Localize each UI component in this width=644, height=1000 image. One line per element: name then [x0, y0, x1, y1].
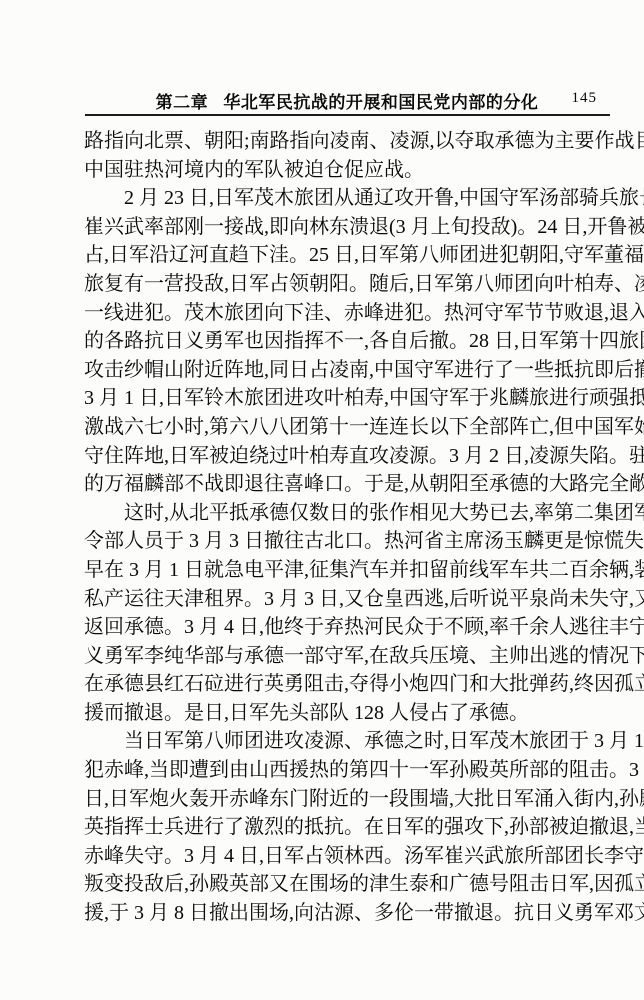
text-line: 的万福麟部不战即退往喜峰口。于是,从朝阳至承德的大路完全敞开。	[84, 470, 609, 499]
page-body: 路指向北票、朝阳;南路指向凌南、凌源,以夺取承德为主要作战目标。 中国驻热河境内…	[84, 127, 609, 928]
text-line: 守住阵地,日军被迫绕过叶柏寿直攻凌源。3 月 2 日,凌源失陷。驻平泉	[84, 442, 609, 471]
text-line: 早在 3 月 1 日就急电平津,征集汽车并扣留前线军车共二百余辆,装载	[84, 556, 609, 585]
page-number: 145	[572, 90, 598, 107]
text-line: 激战六七小时,第六八八团第十一连连长以下全部阵亡,但中国军始终	[84, 413, 609, 442]
text-line: 在承德县红石砬进行英勇阻击,夺得小炮四门和大批弹药,终因孤立无	[84, 670, 609, 699]
text-line: 一线进犯。茂木旅团向下洼、赤峰进犯。热河守军节节败退,退入热河	[84, 299, 609, 328]
text-line: 这时,从北平抵承德仅数日的张作相见大势已去,率第二集团军司	[84, 499, 609, 528]
text-line: 当日军第八师团进攻凌源、承德之时,日军茂木旅团于 3 月 1 日进	[84, 727, 609, 756]
text-line: 犯赤峰,当即遭到由山西援热的第四十一军孙殿英所部的阻击。3 月 2	[84, 756, 609, 785]
chapter-label: 第二章	[156, 93, 209, 112]
chapter-title: 华北军民抗战的开展和国民党内部的分化	[223, 93, 538, 112]
text-line: 英指挥士兵进行了激烈的抵抗。在日军的强攻下,孙部被迫撤退,当天	[84, 813, 609, 842]
scanned-book-page: 第二章华北军民抗战的开展和国民党内部的分化 145 路指向北票、朝阳;南路指向凌…	[0, 0, 644, 1000]
running-head: 第二章华北军民抗战的开展和国民党内部的分化 145	[85, 88, 609, 110]
text-line: 攻击纱帽山附近阵地,同日占凌南,中国守军进行了一些抵抗即后撤。	[84, 356, 609, 385]
text-line: 私产运往天津租界。3 月 3 日,又仓皇西逃,后听说平泉尚未失守,又	[84, 585, 609, 614]
text-line: 叛变投敌后,孙殿英部又在围场的津生泰和广德号阻击日军,因孤立无	[84, 870, 609, 899]
text-line: 3 月 1 日,日军铃木旅团进攻叶柏寿,中国守军于兆麟旅进行顽强抵抗,	[84, 384, 609, 413]
text-line: 占,日军沿辽河直趋下洼。25 日,日军第八师团进犯朝阳,守军董福亭	[84, 241, 609, 270]
running-head-title: 第二章华北军民抗战的开展和国民党内部的分化	[85, 88, 609, 113]
text-line: 返回承德。3 月 4 日,他终于弃热河民众于不顾,率千余人逃往丰宁。	[84, 613, 609, 642]
text-line: 2 月 23 日,日军茂木旅团从通辽攻开鲁,中国守军汤部骑兵旅长	[84, 184, 609, 213]
text-line: 援,于 3 月 8 日撤出围场,向沽源、多伦一带撤退。抗日义勇军邓文等	[84, 899, 609, 928]
text-line: 崔兴武率部刚一接战,即向林东溃退(3 月上旬投敌)。24 日,开鲁被	[84, 213, 609, 242]
header-rule	[85, 114, 610, 116]
text-line: 中国驻热河境内的军队被迫仓促应战。	[84, 156, 609, 185]
text-line: 义勇军李纯华部与承德一部守军,在敌兵压境、主帅出逃的情况下,还	[84, 642, 609, 671]
text-line: 路指向北票、朝阳;南路指向凌南、凌源,以夺取承德为主要作战目标。	[84, 127, 609, 156]
text-line: 日,日军炮火轰开赤峰东门附近的一段围墙,大批日军涌入街内,孙殿	[84, 785, 609, 814]
text-line: 赤峰失守。3 月 4 日,日军占领林西。汤军崔兴武旅所部团长李守信	[84, 842, 609, 871]
text-line: 旅复有一营投敌,日军占领朝阳。随后,日军第八师团向叶柏寿、凌源	[84, 270, 609, 299]
text-line: 的各路抗日义勇军也因指挥不一,各自后撤。28 日,日军第十四旅团	[84, 327, 609, 356]
text-line: 援而撤退。是日,日军先头部队 128 人侵占了承德。	[84, 699, 609, 728]
text-line: 令部人员于 3 月 3 日撤往古北口。热河省主席汤玉麟更是惊慌失措,	[84, 527, 609, 556]
